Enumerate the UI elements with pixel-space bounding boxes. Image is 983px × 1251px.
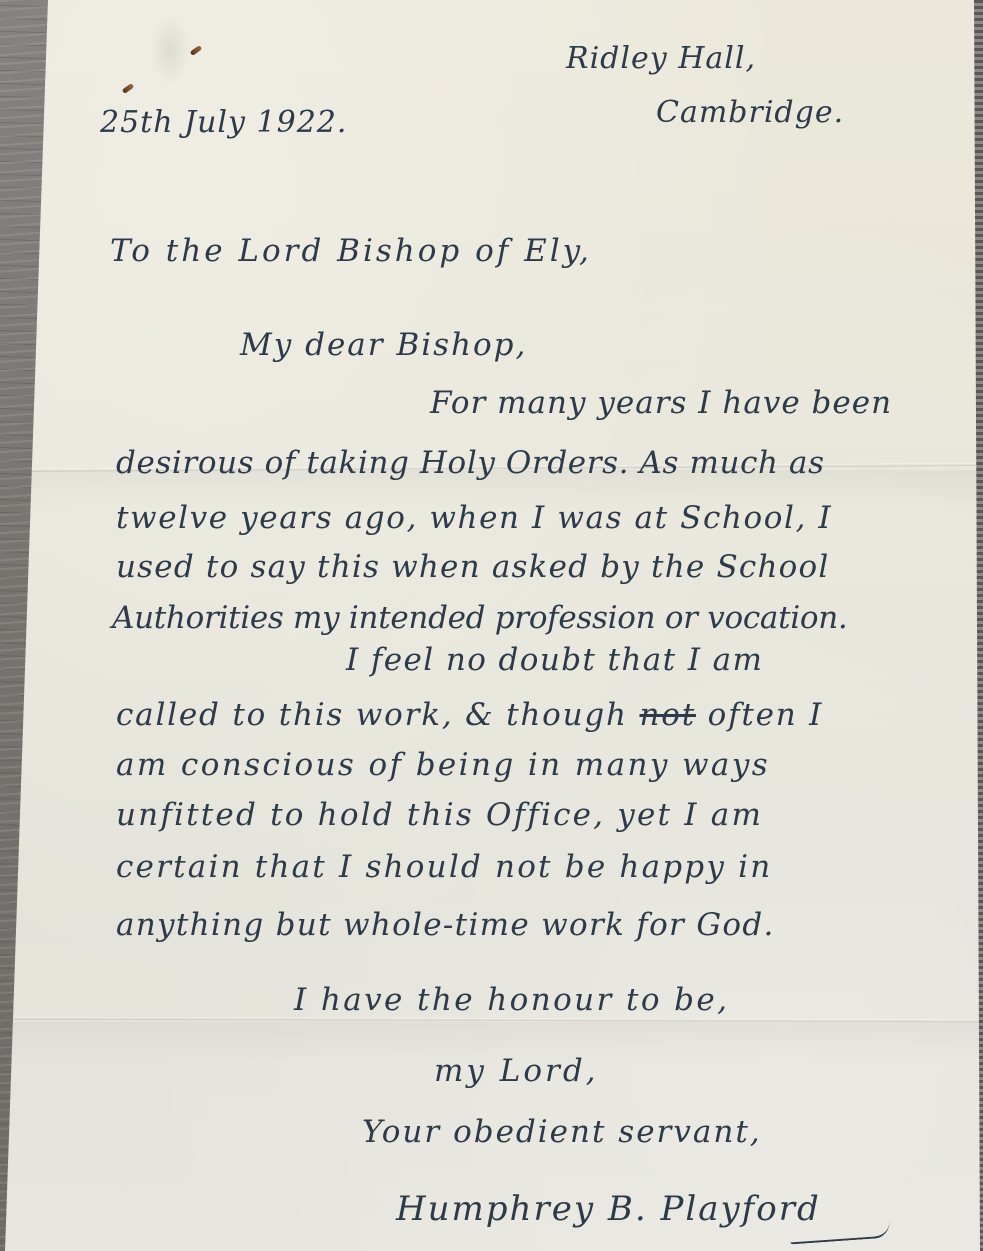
closing-line-1: I have the honour to be, [294, 985, 729, 1016]
recipient-line: To the Lord Bishop of Ely, [110, 236, 592, 267]
letter-date: 25th July 1922. [100, 108, 347, 138]
body-line-1: For many years I have been [430, 388, 892, 419]
body-line-11: anything but whole-time work for God. [116, 910, 775, 941]
signature: Humphrey B. Playford [396, 1192, 821, 1226]
pin-hole-2 [122, 83, 135, 94]
body-line-7-tail: often I [708, 697, 824, 733]
closing-line-3: Your obedient servant, [362, 1117, 762, 1148]
sender-address-line1: Ridley Hall, [566, 44, 756, 74]
letter-paper: Ridley Hall, Cambridge. 25th July 1922. … [0, 0, 983, 1251]
sender-address-line2: Cambridge. [656, 98, 844, 128]
pin-hole-stain [150, 15, 190, 85]
body-line-9: unfitted to hold this Office, yet I am [116, 800, 763, 831]
body-line-8: am conscious of being in many ways [116, 750, 770, 781]
body-line-10: certain that I should not be happy in [116, 852, 772, 883]
body-line-2: desirous of taking Holy Orders. As much … [116, 448, 825, 479]
salutation: My dear Bishop, [240, 330, 527, 361]
body-line-5: Authorities my intended profession or vo… [112, 603, 847, 634]
closing-line-2: my Lord, [434, 1056, 599, 1087]
struck-out-word: not [639, 697, 696, 733]
body-line-4: used to say this when asked by the Schoo… [116, 552, 829, 583]
pin-hole-1 [190, 45, 203, 56]
body-line-6: I feel no doubt that I am [346, 645, 763, 676]
body-line-7: called to this work, & though not often … [116, 700, 823, 731]
body-line-3: twelve years ago, when I was at School, … [116, 503, 832, 534]
body-line-7-text: called to this work, & though [116, 697, 628, 733]
